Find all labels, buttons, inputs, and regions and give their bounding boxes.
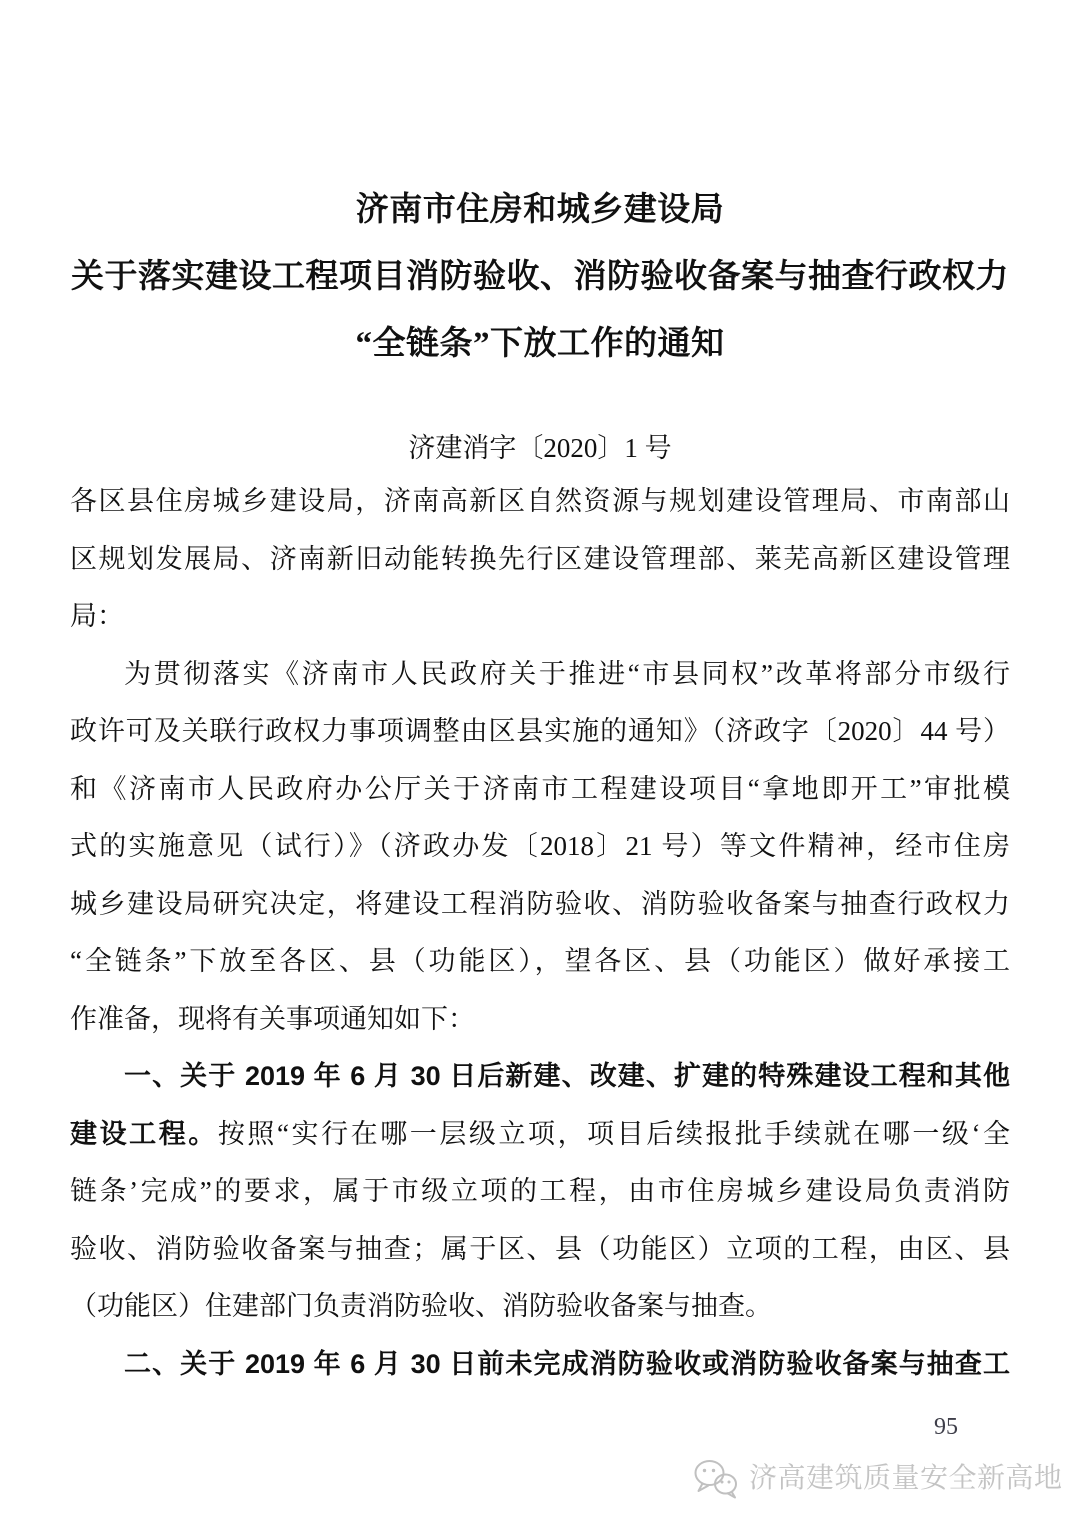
text-run: 为贯彻落实《济南市人民政府关于推进“市县同权”改革将部分市级行 — [124, 659, 1010, 689]
body-line: 二、关于 2019 年 6 月 30 日前未完成消防验收或消防验收备案与抽查工 — [70, 1336, 1010, 1394]
text-run: 链条’完成”的要求，属于市级立项的工程，由市住房城乡建设局负责消防 — [70, 1176, 1010, 1206]
text-run: 城乡建设局研究决定，将建设工程消防验收、消防验收备案与抽查行政权力 — [70, 889, 1010, 919]
text-run: 式的实施意见（试行）》（济政办发〔2018〕21 号）等文件精神，经市住房 — [70, 831, 1010, 861]
title-line-3: “全链条”下放工作的通知 — [70, 311, 1010, 378]
text-run: 和《济南市人民政府办公厅关于济南市工程建设项目“拿地即开工”审批模 — [70, 774, 1010, 804]
text-run: 验收、消防验收备案与抽查；属于区、县（功能区）立项的工程，由区、县 — [70, 1234, 1010, 1264]
body-line: 为贯彻落实《济南市人民政府关于推进“市县同权”改革将部分市级行 — [70, 646, 1010, 704]
title-line-1: 济南市住房和城乡建设局 — [70, 177, 1010, 244]
body-line: “全链条”下放至各区、县（功能区），望各区、县（功能区）做好承接工 — [70, 933, 1010, 991]
title-line-2: 关于落实建设工程项目消防验收、消防验收备案与抽查行政权力 — [70, 244, 1010, 311]
body-line: 区规划发展局、济南新旧动能转换先行区建设管理部、莱芜高新区建设管理 — [70, 531, 1010, 589]
bold-run: 建设工程。 — [70, 1119, 218, 1149]
text-run: 政许可及关联行政权力事项调整由区县实施的通知》（济政字〔2020〕44 号） — [70, 716, 1010, 746]
body-line: 政许可及关联行政权力事项调整由区县实施的通知》（济政字〔2020〕44 号） — [70, 703, 1010, 761]
body-line: 式的实施意见（试行）》（济政办发〔2018〕21 号）等文件精神，经市住房 — [70, 818, 1010, 876]
text-run: （功能区）住建部门负责消防验收、消防验收备案与抽查。 — [70, 1291, 772, 1321]
text-run: 区规划发展局、济南新旧动能转换先行区建设管理部、莱芜高新区建设管理 — [70, 544, 1010, 574]
page-container: 济南市住房和城乡建设局 关于落实建设工程项目消防验收、消防验收备案与抽查行政权力… — [0, 0, 1080, 1527]
wechat-icon — [692, 1458, 740, 1500]
body-line: 链条’完成”的要求，属于市级立项的工程，由市住房城乡建设局负责消防 — [70, 1163, 1010, 1221]
body-line: 验收、消防验收备案与抽查；属于区、县（功能区）立项的工程，由区、县 — [70, 1221, 1010, 1279]
footer-watermark: 济高建筑质量安全新高地 — [692, 1455, 1063, 1503]
watermark-text: 济高建筑质量安全新高地 — [749, 1455, 1063, 1503]
text-run: “全链条”下放至各区、县（功能区），望各区、县（功能区）做好承接工 — [70, 946, 1010, 976]
bold-run: 二、关于 2019 年 6 月 30 日前未完成消防验收或消防验收备案与抽查工 — [124, 1349, 1010, 1379]
body-line: 一、关于 2019 年 6 月 30 日后新建、改建、扩建的特殊建设工程和其他 — [70, 1048, 1010, 1106]
body-line: 各区县住房城乡建设局，济南高新区自然资源与规划建设管理局、市南部山 — [70, 473, 1010, 531]
text-run: 局： — [70, 601, 124, 631]
bold-run: 一、关于 2019 年 6 月 30 日后新建、改建、扩建的特殊建设工程和其他 — [124, 1061, 1010, 1091]
body-line: 城乡建设局研究决定，将建设工程消防验收、消防验收备案与抽查行政权力 — [70, 876, 1010, 934]
doc-number: 济建消字〔2020〕1 号 — [70, 430, 1010, 466]
text-run: 各区县住房城乡建设局，济南高新区自然资源与规划建设管理局、市南部山 — [70, 486, 1010, 516]
body-line: 局： — [70, 588, 1010, 646]
document-title: 济南市住房和城乡建设局 关于落实建设工程项目消防验收、消防验收备案与抽查行政权力… — [70, 177, 1010, 378]
page-number: 95 — [934, 1412, 958, 1442]
document-body: 各区县住房城乡建设局，济南高新区自然资源与规划建设管理局、市南部山区规划发展局、… — [70, 473, 1010, 1393]
body-line: 和《济南市人民政府办公厅关于济南市工程建设项目“拿地即开工”审批模 — [70, 761, 1010, 819]
body-line: 作准备，现将有关事项通知如下： — [70, 991, 1010, 1049]
body-line: 建设工程。按照“实行在哪一层级立项，项目后续报批手续就在哪一级‘全 — [70, 1106, 1010, 1164]
body-line: （功能区）住建部门负责消防验收、消防验收备案与抽查。 — [70, 1278, 1010, 1336]
text-run: 按照“实行在哪一层级立项，项目后续报批手续就在哪一级‘全 — [218, 1119, 1010, 1149]
text-run: 作准备，现将有关事项通知如下： — [70, 1004, 475, 1034]
